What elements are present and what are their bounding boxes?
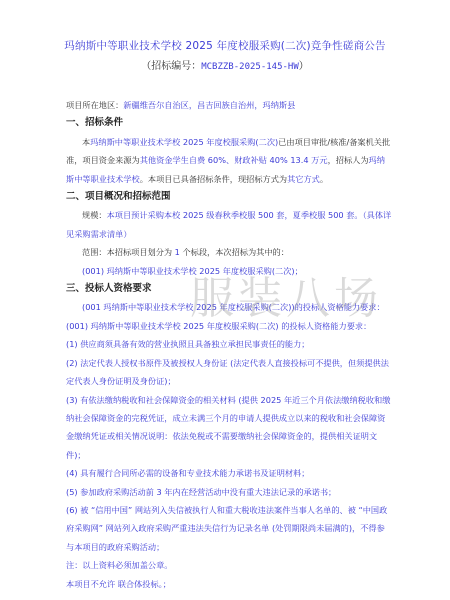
text-fragment: ，招标人为 <box>328 155 369 165</box>
announcement-title: 玛纳斯中等职业技术学校 2025 年度校服采购(二次)竞争性磋商公告 <box>0 38 450 53</box>
section-heading-project-overview: 二、项目概况和招标范围 <box>66 188 392 206</box>
text-fragment: 个标段，本次招标为其中的： <box>180 247 289 257</box>
seal-note: 注：以上资料必须加盖公章。 <box>66 556 392 574</box>
tender-code-prefix: （招标编号： <box>141 61 201 72</box>
region-value: 新疆维吾尔自治区，昌吉回族自治州，玛纳斯县 <box>123 100 295 110</box>
text-fragment: 本 <box>82 137 90 147</box>
project-scale: 规模：本项目预计采购本校 2025 级春秋季校服 500 套，夏季校服 500 … <box>66 206 392 243</box>
scale-text: 本项目预计采购本校 2025 级春秋季校服 500 套，夏季校服 500 套。（… <box>66 210 391 238</box>
qualification-item: (3) 有依法缴纳税收和社会保障资金的相关材料 (提供 2025 年近三个月依法… <box>66 391 392 465</box>
tender-code: MCBZZB-2025-145-HW <box>201 62 299 72</box>
tender-method: 其它方式 <box>287 174 320 184</box>
qualification-item: (1) 供应商须具备有效的营业执照且具备独立承担民事责任的能力； <box>66 335 392 353</box>
consortium-note: 本项目不允许 联合体投标。； <box>66 575 392 593</box>
section-heading-bidder-qualifications: 三、投标人资格要求 <box>66 280 392 298</box>
section-heading-tender-conditions: 一、招标条件 <box>66 114 392 132</box>
project-scope: 范围：本招标项目划分为 1 个标段，本次招标为其中的： <box>66 243 392 261</box>
tender-conditions-text: 本玛纳斯中等职业技术学校 2025 年度校服采购(二次)已由项目审批/核准/备案… <box>66 133 392 188</box>
text-fragment: 。本项目已具备招标条件，现招标方式为 <box>140 174 287 184</box>
project-region: 项目所在地区：新疆维吾尔自治区，昌吉回族自治州，玛纳斯县 <box>66 96 392 114</box>
project-name: 玛纳斯中等职业技术学校 2025 年度校服采购(二次) <box>90 137 278 147</box>
announcement-body: 项目所在地区：新疆维吾尔自治区，昌吉回族自治州，玛纳斯县 一、招标条件 本玛纳斯… <box>66 96 392 593</box>
funding-source: 其他资金学生自费 60%、财政补贴 40% 13.4 万元 <box>140 155 328 165</box>
text-fragment: 范围：本招标项目划分为 <box>82 247 175 257</box>
qualification-item: (5) 参加政府采购活动前 3 年内在经营活动中没有重大违法记录的承诺书； <box>66 483 392 501</box>
qualification-intro-1: (001 玛纳斯中等职业技术学校 2025 年度校服采购(二次))的投标人资格能… <box>66 298 392 316</box>
region-label: 项目所在地区： <box>66 100 123 110</box>
tender-code-suffix: ） <box>299 61 309 72</box>
qualification-item: (2) 法定代表人授权书原件及被授权人身份证 (法定代表人直接投标可不提供，但须… <box>66 354 392 391</box>
tender-code-line: （招标编号：MCBZZB-2025-145-HW） <box>0 57 450 72</box>
text-fragment: 。 <box>320 174 328 184</box>
qualification-item: (4) 具有履行合同所必需的设备和专业技术能力承诺书及证明材料； <box>66 464 392 482</box>
scale-label: 规模： <box>82 210 107 220</box>
qualification-item: (6) 被 “信用中国” 网站列入失信被执行人和重大税收违法案件当事人名单的、被… <box>66 501 392 556</box>
qualification-intro-2: (001) 玛纳斯中等职业技术学校 2025 年度校服采购(二次) 的投标人资格… <box>66 317 392 335</box>
lot-item: (001) 玛纳斯中等职业技术学校 2025 年度校服采购(二次)； <box>66 262 392 280</box>
